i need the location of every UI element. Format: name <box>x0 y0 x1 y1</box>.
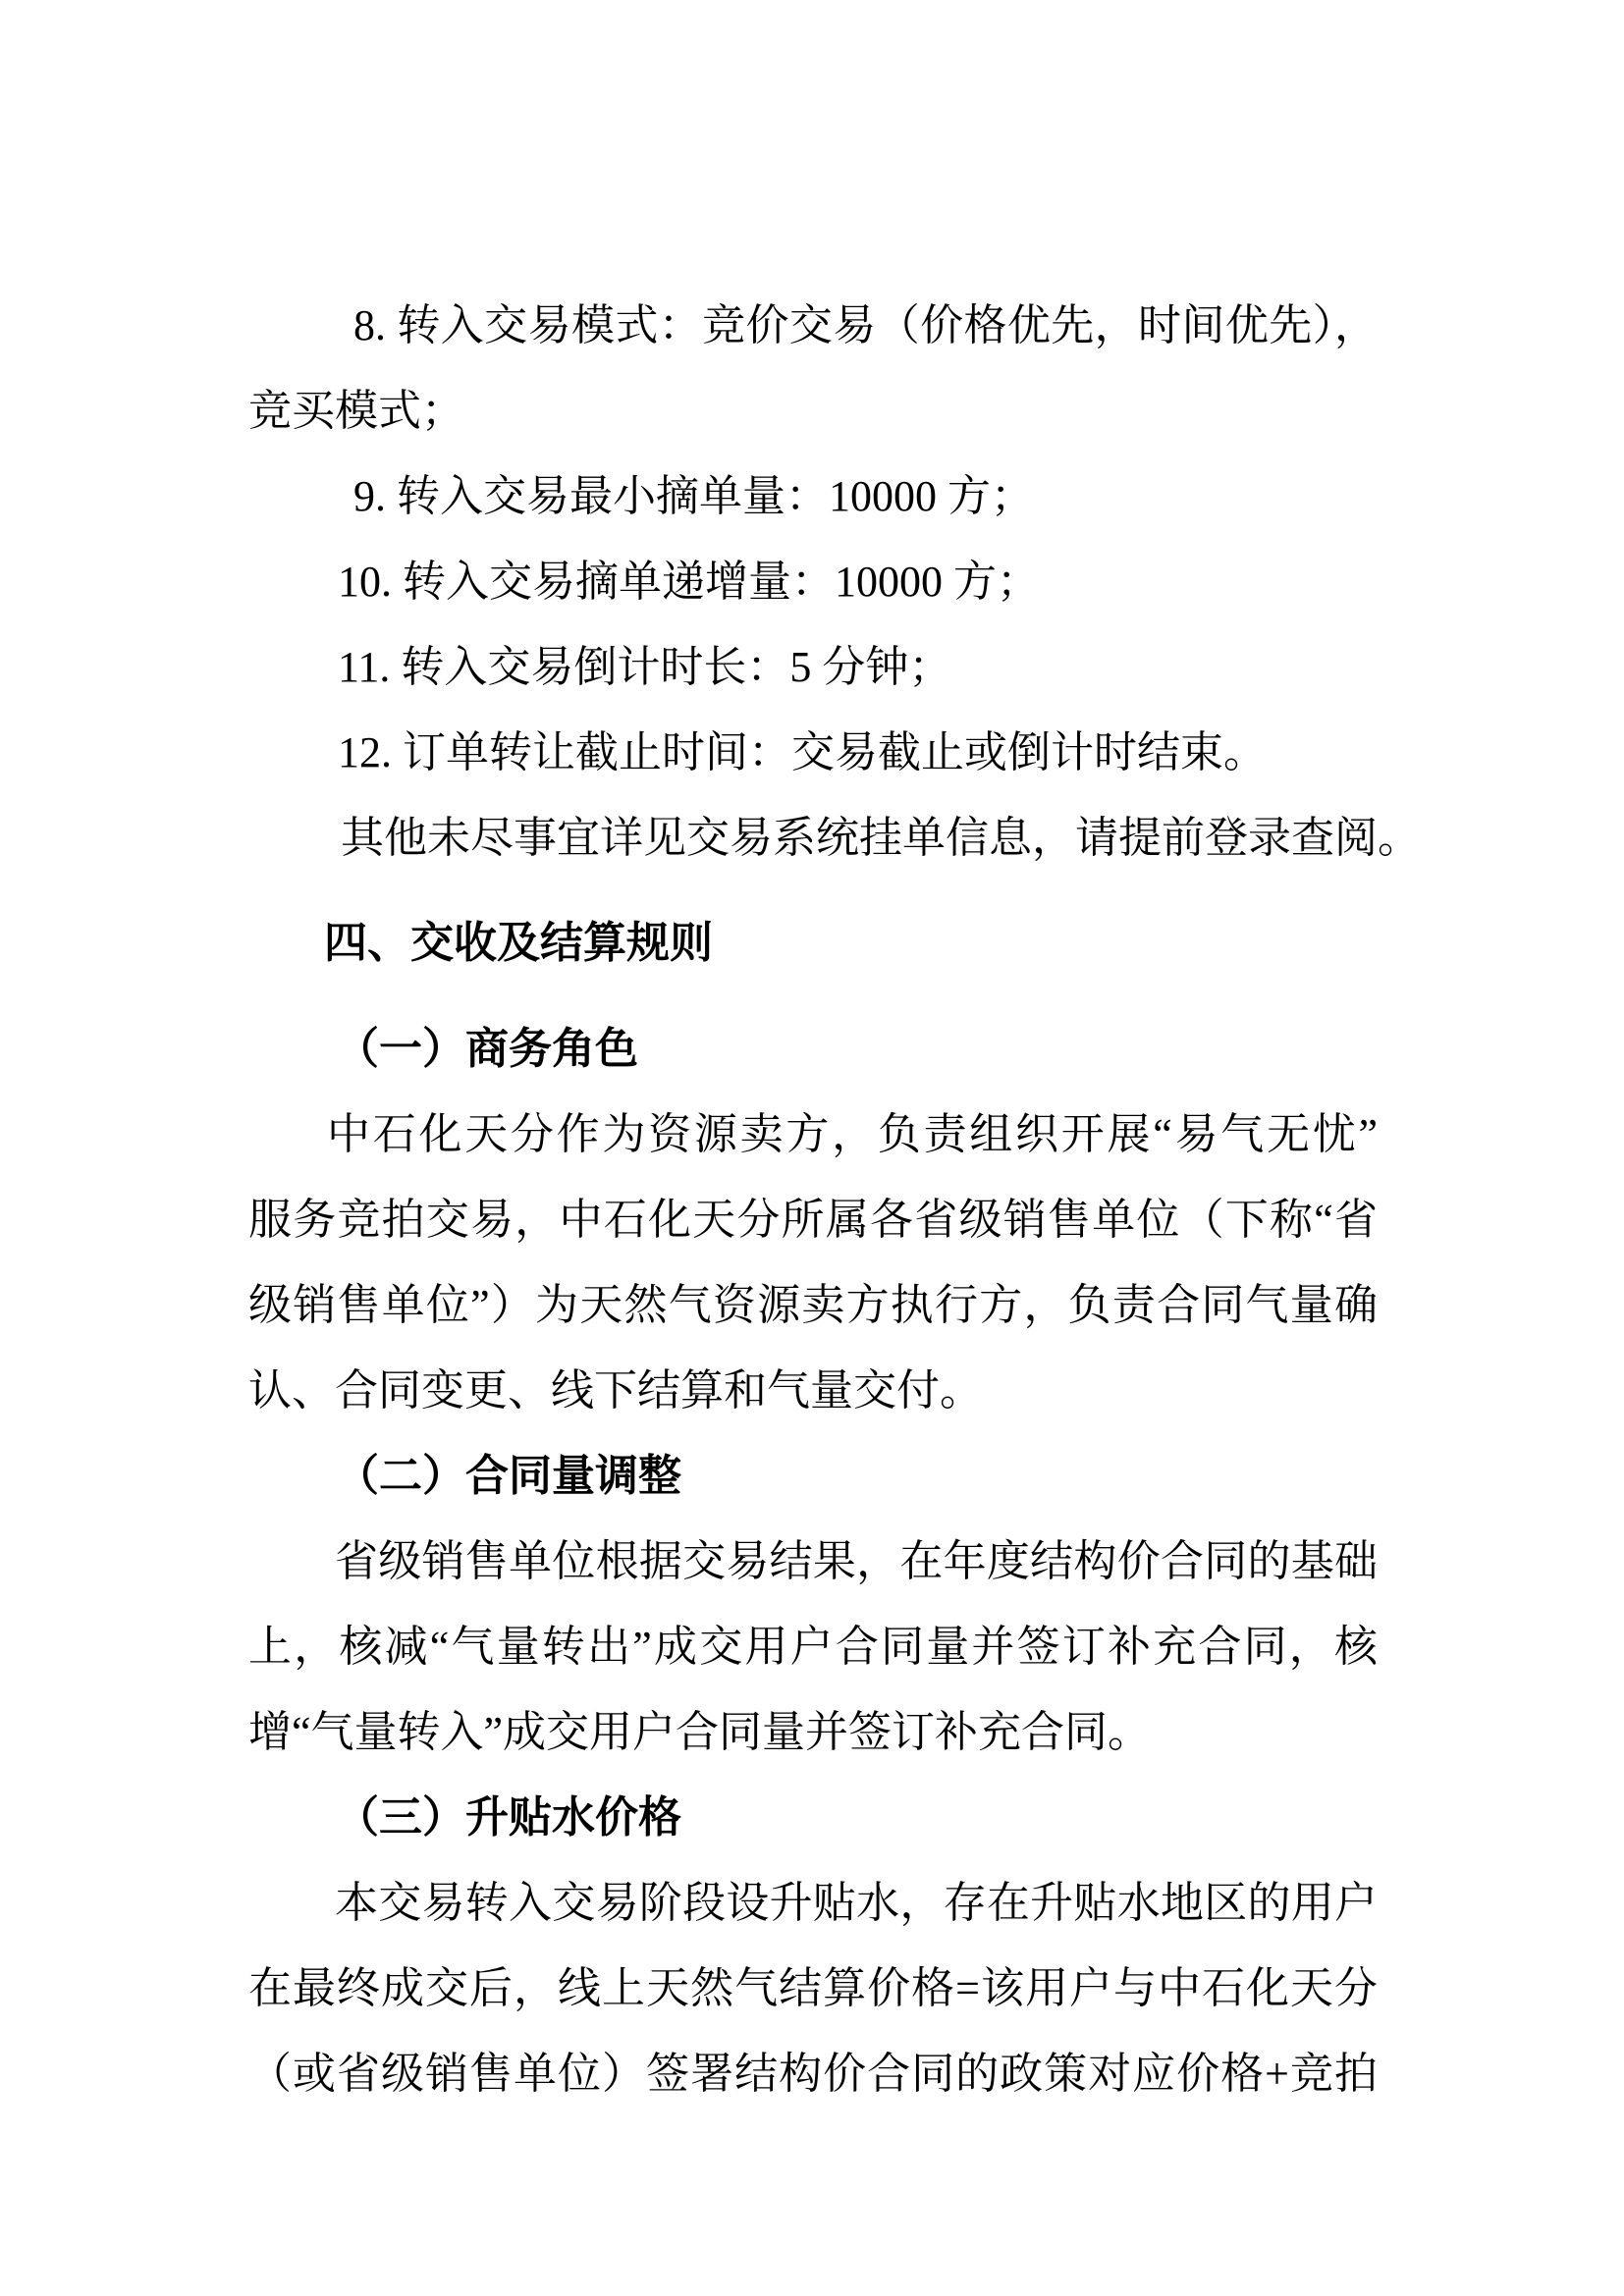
doc-line: 11. 转入交易倒计时长：5 分钟； <box>248 624 1378 710</box>
doc-line: 10. 转入交易摘单递增量：10000 方； <box>248 539 1378 624</box>
doc-line: 上，核减“气量转出”成交用户合同量并签订补充合同，核 <box>248 1604 1378 1689</box>
doc-line: 竞买模式； <box>248 368 1378 454</box>
doc-line: 服务竞拍交易，中石化天分所属各省级销售单位（下称“省 <box>248 1177 1378 1262</box>
doc-line: 中石化天分作为资源卖方，负责组织开展“易气无忧” <box>248 1092 1378 1177</box>
doc-line: （或省级销售单位）签署结构价合同的政策对应价格+竞拍 <box>248 2031 1378 2116</box>
doc-line: 9. 转入交易最小摘单量：10000 方； <box>248 454 1378 539</box>
doc-heading: （二）合同量调整 <box>248 1433 1378 1519</box>
doc-line: 级销售单位”）为天然气资源卖方执行方，负责合同气量确 <box>248 1262 1378 1348</box>
doc-line: 8. 转入交易模式：竞价交易（价格优先，时间优先）， <box>248 283 1378 368</box>
document-body: 8. 转入交易模式：竞价交易（价格优先，时间优先），竞买模式；9. 转入交易最小… <box>248 283 1378 2116</box>
doc-line: 在最终成交后，线上天然气结算价格=该用户与中石化天分 <box>248 1946 1378 2031</box>
doc-line: 其他未尽事宜详见交易系统挂单信息，请提前登录查阅。 <box>248 795 1378 881</box>
doc-line: 本交易转入交易阶段设升贴水，存在升贴水地区的用户 <box>248 1860 1378 1946</box>
doc-line: 12. 订单转让截止时间：交易截止或倒计时结束。 <box>248 710 1378 795</box>
doc-line: 认、合同变更、线下结算和气量交付。 <box>248 1348 1378 1433</box>
doc-heading: 四、交收及结算规则 <box>248 900 1378 986</box>
doc-heading: （三）升贴水价格 <box>248 1775 1378 1860</box>
document-page: 8. 转入交易模式：竞价交易（价格优先，时间优先），竞买模式；9. 转入交易最小… <box>0 0 1624 2296</box>
doc-heading: （一）商务角色 <box>248 1006 1378 1092</box>
doc-line: 省级销售单位根据交易结果，在年度结构价合同的基础 <box>248 1519 1378 1604</box>
doc-line: 增“气量转入”成交用户合同量并签订补充合同。 <box>248 1689 1378 1775</box>
